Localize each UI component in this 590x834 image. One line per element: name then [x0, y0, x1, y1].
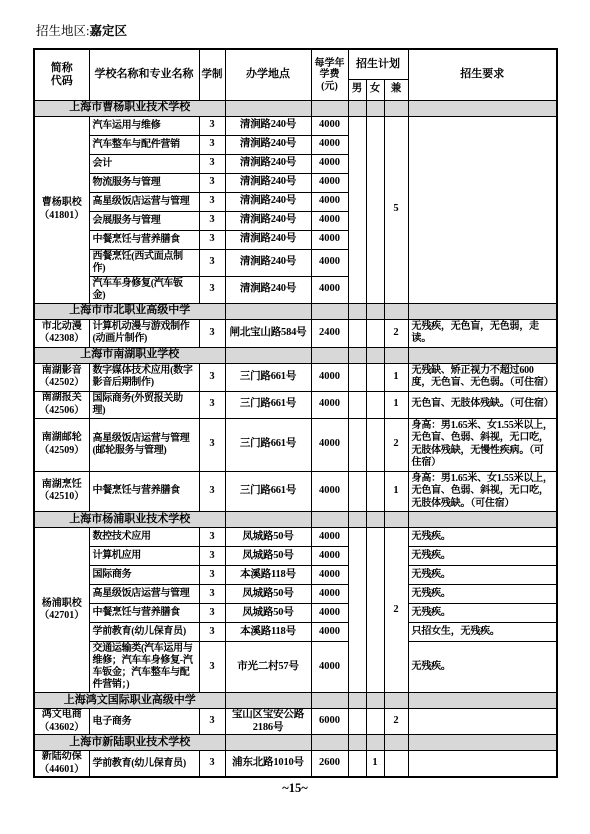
cell-major-name: 数字媒体技术应用(数字影音后期制作) — [89, 363, 199, 391]
table-row: 南湖邮轮 （42509）高星级饭店运营与管理(邮轮服务与管理)3三门路661号4… — [34, 418, 557, 471]
cell-duration: 3 — [199, 528, 225, 547]
section-cell-female — [366, 693, 384, 709]
cell-major-name: 高星级饭店运营与管理 — [89, 585, 199, 604]
cell-plan-female — [366, 471, 384, 512]
cell-major-name: 中餐烹饪与营养膳食 — [89, 230, 199, 249]
cell-duration: 3 — [199, 642, 225, 693]
cell-duration: 3 — [199, 566, 225, 585]
cell-school-code: 曹杨职校 （41801） — [34, 116, 89, 303]
col-header-code: 简称 代码 — [34, 49, 89, 100]
section-cell-location — [225, 303, 311, 319]
cell-major-name: 交通运输类(汽车运用与维修；汽车车身修复-汽车钣金；汽车整车与配件营销；) — [89, 642, 199, 693]
cell-school-code: 南湖影音 （42502） — [34, 363, 89, 391]
section-cell-both — [384, 512, 408, 528]
cell-school-code: 新陆幼保 （44601） — [34, 751, 89, 778]
cell-plan-both: 2 — [384, 319, 408, 347]
section-cell-both — [384, 100, 408, 116]
cell-requirement: 身高：男1.65米、女1.55米以上，无色盲、色弱、斜视，无口吃，无肢体残缺。（… — [408, 471, 557, 512]
cell-requirement: 无残疾。 — [408, 566, 557, 585]
admissions-tbody: 上海市曹杨职业技术学校曹杨职校 （41801）汽车运用与维修3清涧路240号40… — [34, 100, 557, 777]
cell-major-name: 会计 — [89, 154, 199, 173]
section-cell-female — [366, 303, 384, 319]
school-section-row: 上海市曹杨职业技术学校 — [34, 100, 557, 116]
cell-location: 清涧路240号 — [225, 211, 311, 230]
cell-location: 三门路661号 — [225, 418, 311, 471]
cell-plan-both: 1 — [384, 471, 408, 512]
section-cell-location — [225, 693, 311, 709]
cell-tuition: 2600 — [311, 751, 348, 778]
cell-plan-female — [366, 528, 384, 693]
cell-location: 凤城路50号 — [225, 585, 311, 604]
cell-plan-both: 5 — [384, 116, 408, 303]
section-cell-both — [384, 347, 408, 363]
cell-plan-female: 1 — [366, 751, 384, 778]
section-cell-tuition — [311, 735, 348, 751]
cell-plan-male — [348, 418, 366, 471]
cell-requirement: 无色盲、无肢体残缺。（可住宿） — [408, 391, 557, 418]
cell-duration: 3 — [199, 547, 225, 566]
cell-major-name: 学前教育(幼儿保育员) — [89, 623, 199, 642]
table-row: 市北动漫 （42308）计算机动漫与游戏制作(动画片制作)3闸北宝山路584号2… — [34, 319, 557, 347]
section-cell-both — [384, 693, 408, 709]
cell-plan-female — [366, 391, 384, 418]
cell-duration: 3 — [199, 391, 225, 418]
cell-duration: 3 — [199, 709, 225, 735]
cell-tuition: 4000 — [311, 642, 348, 693]
cell-tuition: 4000 — [311, 135, 348, 154]
section-cell-male — [348, 735, 366, 751]
cell-requirement: 无残疾。 — [408, 585, 557, 604]
table-row: 杨浦职校 （42701）数控技术应用3凤城路50号40002无残疾。 — [34, 528, 557, 547]
table-row: 鸿文电商 （43602）电子商务3宝山区宝安公路2186号60002 — [34, 709, 557, 735]
admissions-table: 简称 代码 学校名称和专业名称 学制 办学地点 每学年 学费 (元) 招生计划 … — [33, 48, 558, 778]
region-name: 嘉定区 — [89, 24, 127, 38]
cell-tuition: 4000 — [311, 154, 348, 173]
cell-major-name: 会展服务与管理 — [89, 211, 199, 230]
cell-plan-female — [366, 319, 384, 347]
cell-tuition: 4000 — [311, 528, 348, 547]
cell-requirement — [408, 751, 557, 778]
cell-major-name: 物流服务与管理 — [89, 173, 199, 192]
cell-location: 本溪路118号 — [225, 623, 311, 642]
cell-location: 清涧路240号 — [225, 116, 311, 135]
cell-major-name: 中餐烹饪与营养膳食 — [89, 604, 199, 623]
cell-tuition: 4000 — [311, 230, 348, 249]
col-header-location: 办学地点 — [225, 49, 311, 100]
cell-duration: 3 — [199, 173, 225, 192]
cell-major-name: 中餐烹饪与营养膳食 — [89, 471, 199, 512]
cell-plan-male — [348, 116, 366, 303]
cell-requirement: 无残疾。 — [408, 642, 557, 693]
cell-major-name: 汽车车身修复(汽车钣金) — [89, 276, 199, 303]
cell-duration: 3 — [199, 249, 225, 276]
cell-major-name: 计算机动漫与游戏制作(动画片制作) — [89, 319, 199, 347]
col-header-female: 女 — [366, 79, 384, 100]
cell-location: 三门路661号 — [225, 363, 311, 391]
cell-tuition: 4000 — [311, 547, 348, 566]
cell-plan-male — [348, 319, 366, 347]
section-cell-requirement — [408, 347, 557, 363]
cell-duration: 3 — [199, 230, 225, 249]
cell-plan-male — [348, 528, 366, 693]
cell-requirement: 无残缺、矫正视力不超过600度，无色盲、无色弱。（可住宿） — [408, 363, 557, 391]
cell-plan-both: 2 — [384, 709, 408, 735]
cell-major-name: 高星级饭店运营与管理(邮轮服务与管理) — [89, 418, 199, 471]
cell-requirement: 无残疾。 — [408, 604, 557, 623]
cell-tuition: 4000 — [311, 211, 348, 230]
cell-tuition: 4000 — [311, 471, 348, 512]
cell-duration: 3 — [199, 751, 225, 778]
section-cell-tuition — [311, 100, 348, 116]
cell-plan-female — [366, 418, 384, 471]
cell-tuition: 6000 — [311, 709, 348, 735]
section-cell-requirement — [408, 735, 557, 751]
cell-requirement: 无残疾。 — [408, 528, 557, 547]
table-row: 学前教育(幼儿保育员)3本溪路118号4000只招女生，无残疾。 — [34, 623, 557, 642]
section-cell-male — [348, 100, 366, 116]
table-row: 国际商务3本溪路118号4000无残疾。 — [34, 566, 557, 585]
cell-tuition: 4000 — [311, 363, 348, 391]
section-cell-location — [225, 512, 311, 528]
cell-major-name: 学前教育(幼儿保育员) — [89, 751, 199, 778]
cell-location: 清涧路240号 — [225, 154, 311, 173]
cell-major-name: 国际商务(外贸报关助理) — [89, 391, 199, 418]
cell-location: 清涧路240号 — [225, 249, 311, 276]
cell-duration: 3 — [199, 192, 225, 211]
cell-plan-both — [384, 751, 408, 778]
cell-location: 宝山区宝安公路2186号 — [225, 709, 311, 735]
cell-duration: 3 — [199, 319, 225, 347]
cell-location: 清涧路240号 — [225, 135, 311, 154]
school-section-name: 上海市曹杨职业技术学校 — [34, 100, 225, 116]
section-cell-both — [384, 735, 408, 751]
cell-duration: 3 — [199, 363, 225, 391]
cell-requirement: 无残疾。 — [408, 547, 557, 566]
table-row: 南湖报关 （42506）国际商务(外贸报关助理)3三门路661号40001无色盲… — [34, 391, 557, 418]
cell-location: 浦东北路1010号 — [225, 751, 311, 778]
cell-duration: 3 — [199, 604, 225, 623]
cell-school-code: 南湖邮轮 （42509） — [34, 418, 89, 471]
cell-tuition: 4000 — [311, 276, 348, 303]
col-header-tuition: 每学年 学费 (元) — [311, 49, 348, 100]
cell-tuition: 4000 — [311, 623, 348, 642]
cell-plan-male — [348, 391, 366, 418]
cell-duration: 3 — [199, 623, 225, 642]
cell-plan-male — [348, 471, 366, 512]
cell-duration: 3 — [199, 418, 225, 471]
cell-school-code: 南湖烹饪 （42510） — [34, 471, 89, 512]
school-section-name: 上海市新陆职业技术学校 — [34, 735, 225, 751]
section-cell-female — [366, 100, 384, 116]
col-header-male: 男 — [348, 79, 366, 100]
cell-plan-male — [348, 363, 366, 391]
cell-location: 凤城路50号 — [225, 528, 311, 547]
cell-tuition: 2400 — [311, 319, 348, 347]
school-section-name: 上海鸿文国际职业高级中学 — [34, 693, 225, 709]
section-cell-tuition — [311, 347, 348, 363]
col-header-requirement: 招生要求 — [408, 49, 557, 100]
table-row: 南湖影音 （42502）数字媒体技术应用(数字影音后期制作)3三门路661号40… — [34, 363, 557, 391]
cell-location: 三门路661号 — [225, 391, 311, 418]
school-section-name: 上海市市北职业高级中学 — [34, 303, 225, 319]
cell-plan-both: 2 — [384, 418, 408, 471]
cell-plan-both: 2 — [384, 528, 408, 693]
cell-plan-female — [366, 116, 384, 303]
cell-major-name: 汽车运用与维修 — [89, 116, 199, 135]
cell-location: 凤城路50号 — [225, 604, 311, 623]
cell-major-name: 国际商务 — [89, 566, 199, 585]
cell-requirement — [408, 709, 557, 735]
col-header-plan: 招生计划 — [348, 49, 408, 79]
section-cell-male — [348, 347, 366, 363]
cell-plan-female — [366, 709, 384, 735]
cell-major-name: 西餐烹饪(西式面点制作) — [89, 249, 199, 276]
cell-tuition: 4000 — [311, 116, 348, 135]
cell-plan-both: 1 — [384, 363, 408, 391]
table-row: 交通运输类(汽车运用与维修；汽车车身修复-汽车钣金；汽车整车与配件营销；)3市光… — [34, 642, 557, 693]
table-row: 中餐烹饪与营养膳食3凤城路50号4000无残疾。 — [34, 604, 557, 623]
table-row: 计算机应用3凤城路50号4000无残疾。 — [34, 547, 557, 566]
section-cell-location — [225, 735, 311, 751]
cell-location: 市光二村57号 — [225, 642, 311, 693]
cell-plan-both: 1 — [384, 391, 408, 418]
cell-major-name: 高星级饭店运营与管理 — [89, 192, 199, 211]
school-section-row: 上海市新陆职业技术学校 — [34, 735, 557, 751]
region-line: 招生地区:嘉定区 — [36, 24, 127, 39]
section-cell-male — [348, 693, 366, 709]
table-header: 简称 代码 学校名称和专业名称 学制 办学地点 每学年 学费 (元) 招生计划 … — [34, 49, 557, 100]
section-cell-tuition — [311, 693, 348, 709]
cell-tuition: 4000 — [311, 192, 348, 211]
table-row: 曹杨职校 （41801）汽车运用与维修3清涧路240号40005 — [34, 116, 557, 135]
school-section-name: 上海市南湖职业学校 — [34, 347, 225, 363]
cell-location: 凤城路50号 — [225, 547, 311, 566]
cell-location: 清涧路240号 — [225, 192, 311, 211]
cell-tuition: 4000 — [311, 604, 348, 623]
col-header-duration: 学制 — [199, 49, 225, 100]
cell-location: 本溪路118号 — [225, 566, 311, 585]
cell-duration: 3 — [199, 276, 225, 303]
cell-duration: 3 — [199, 585, 225, 604]
section-cell-both — [384, 303, 408, 319]
cell-school-code: 鸿文电商 （43602） — [34, 709, 89, 735]
section-cell-location — [225, 347, 311, 363]
cell-major-name: 计算机应用 — [89, 547, 199, 566]
cell-school-code: 杨浦职校 （42701） — [34, 528, 89, 693]
cell-tuition: 4000 — [311, 418, 348, 471]
section-cell-requirement — [408, 100, 557, 116]
table-row: 南湖烹饪 （42510）中餐烹饪与营养膳食3三门路661号40001身高：男1.… — [34, 471, 557, 512]
cell-tuition: 4000 — [311, 173, 348, 192]
cell-location: 清涧路240号 — [225, 230, 311, 249]
school-section-row: 上海鸿文国际职业高级中学 — [34, 693, 557, 709]
cell-duration: 3 — [199, 211, 225, 230]
section-cell-female — [366, 735, 384, 751]
cell-requirement: 只招女生，无残疾。 — [408, 623, 557, 642]
table-row: 新陆幼保 （44601）学前教育(幼儿保育员)3浦东北路1010号26001 — [34, 751, 557, 778]
region-label: 招生地区: — [36, 24, 89, 38]
page-number: ~15~ — [0, 781, 590, 796]
cell-requirement — [408, 116, 557, 303]
cell-location: 清涧路240号 — [225, 173, 311, 192]
cell-duration: 3 — [199, 135, 225, 154]
cell-major-name: 电子商务 — [89, 709, 199, 735]
cell-location: 清涧路240号 — [225, 276, 311, 303]
section-cell-male — [348, 303, 366, 319]
cell-school-code: 南湖报关 （42506） — [34, 391, 89, 418]
col-header-both: 兼 — [384, 79, 408, 100]
section-cell-requirement — [408, 693, 557, 709]
cell-tuition: 4000 — [311, 249, 348, 276]
cell-tuition: 4000 — [311, 566, 348, 585]
section-cell-location — [225, 100, 311, 116]
cell-major-name: 汽车整车与配件营销 — [89, 135, 199, 154]
cell-plan-female — [366, 363, 384, 391]
cell-plan-male — [348, 709, 366, 735]
cell-duration: 3 — [199, 471, 225, 512]
school-section-row: 上海市南湖职业学校 — [34, 347, 557, 363]
document-page: 招生地区:嘉定区 简称 代码 学校名称和专业名称 学制 办学地点 每学年 学费 … — [0, 0, 590, 834]
cell-duration: 3 — [199, 116, 225, 135]
school-section-name: 上海市杨浦职业技术学校 — [34, 512, 225, 528]
school-section-row: 上海市杨浦职业技术学校 — [34, 512, 557, 528]
cell-major-name: 数控技术应用 — [89, 528, 199, 547]
section-cell-male — [348, 512, 366, 528]
col-header-name: 学校名称和专业名称 — [89, 49, 199, 100]
section-cell-requirement — [408, 512, 557, 528]
cell-school-code: 市北动漫 （42308） — [34, 319, 89, 347]
section-cell-tuition — [311, 512, 348, 528]
section-cell-female — [366, 512, 384, 528]
cell-tuition: 4000 — [311, 391, 348, 418]
cell-requirement: 身高：男1.65米、女1.55米以上，无色盲、色弱、斜视，无口吃，无肢体残缺，无… — [408, 418, 557, 471]
section-cell-female — [366, 347, 384, 363]
cell-requirement: 无残疾，无色盲，无色弱，走读。 — [408, 319, 557, 347]
cell-location: 闸北宝山路584号 — [225, 319, 311, 347]
cell-location: 三门路661号 — [225, 471, 311, 512]
cell-tuition: 4000 — [311, 585, 348, 604]
section-cell-tuition — [311, 303, 348, 319]
table-row: 高星级饭店运营与管理3凤城路50号4000无残疾。 — [34, 585, 557, 604]
cell-duration: 3 — [199, 154, 225, 173]
cell-plan-male — [348, 751, 366, 778]
school-section-row: 上海市市北职业高级中学 — [34, 303, 557, 319]
section-cell-requirement — [408, 303, 557, 319]
